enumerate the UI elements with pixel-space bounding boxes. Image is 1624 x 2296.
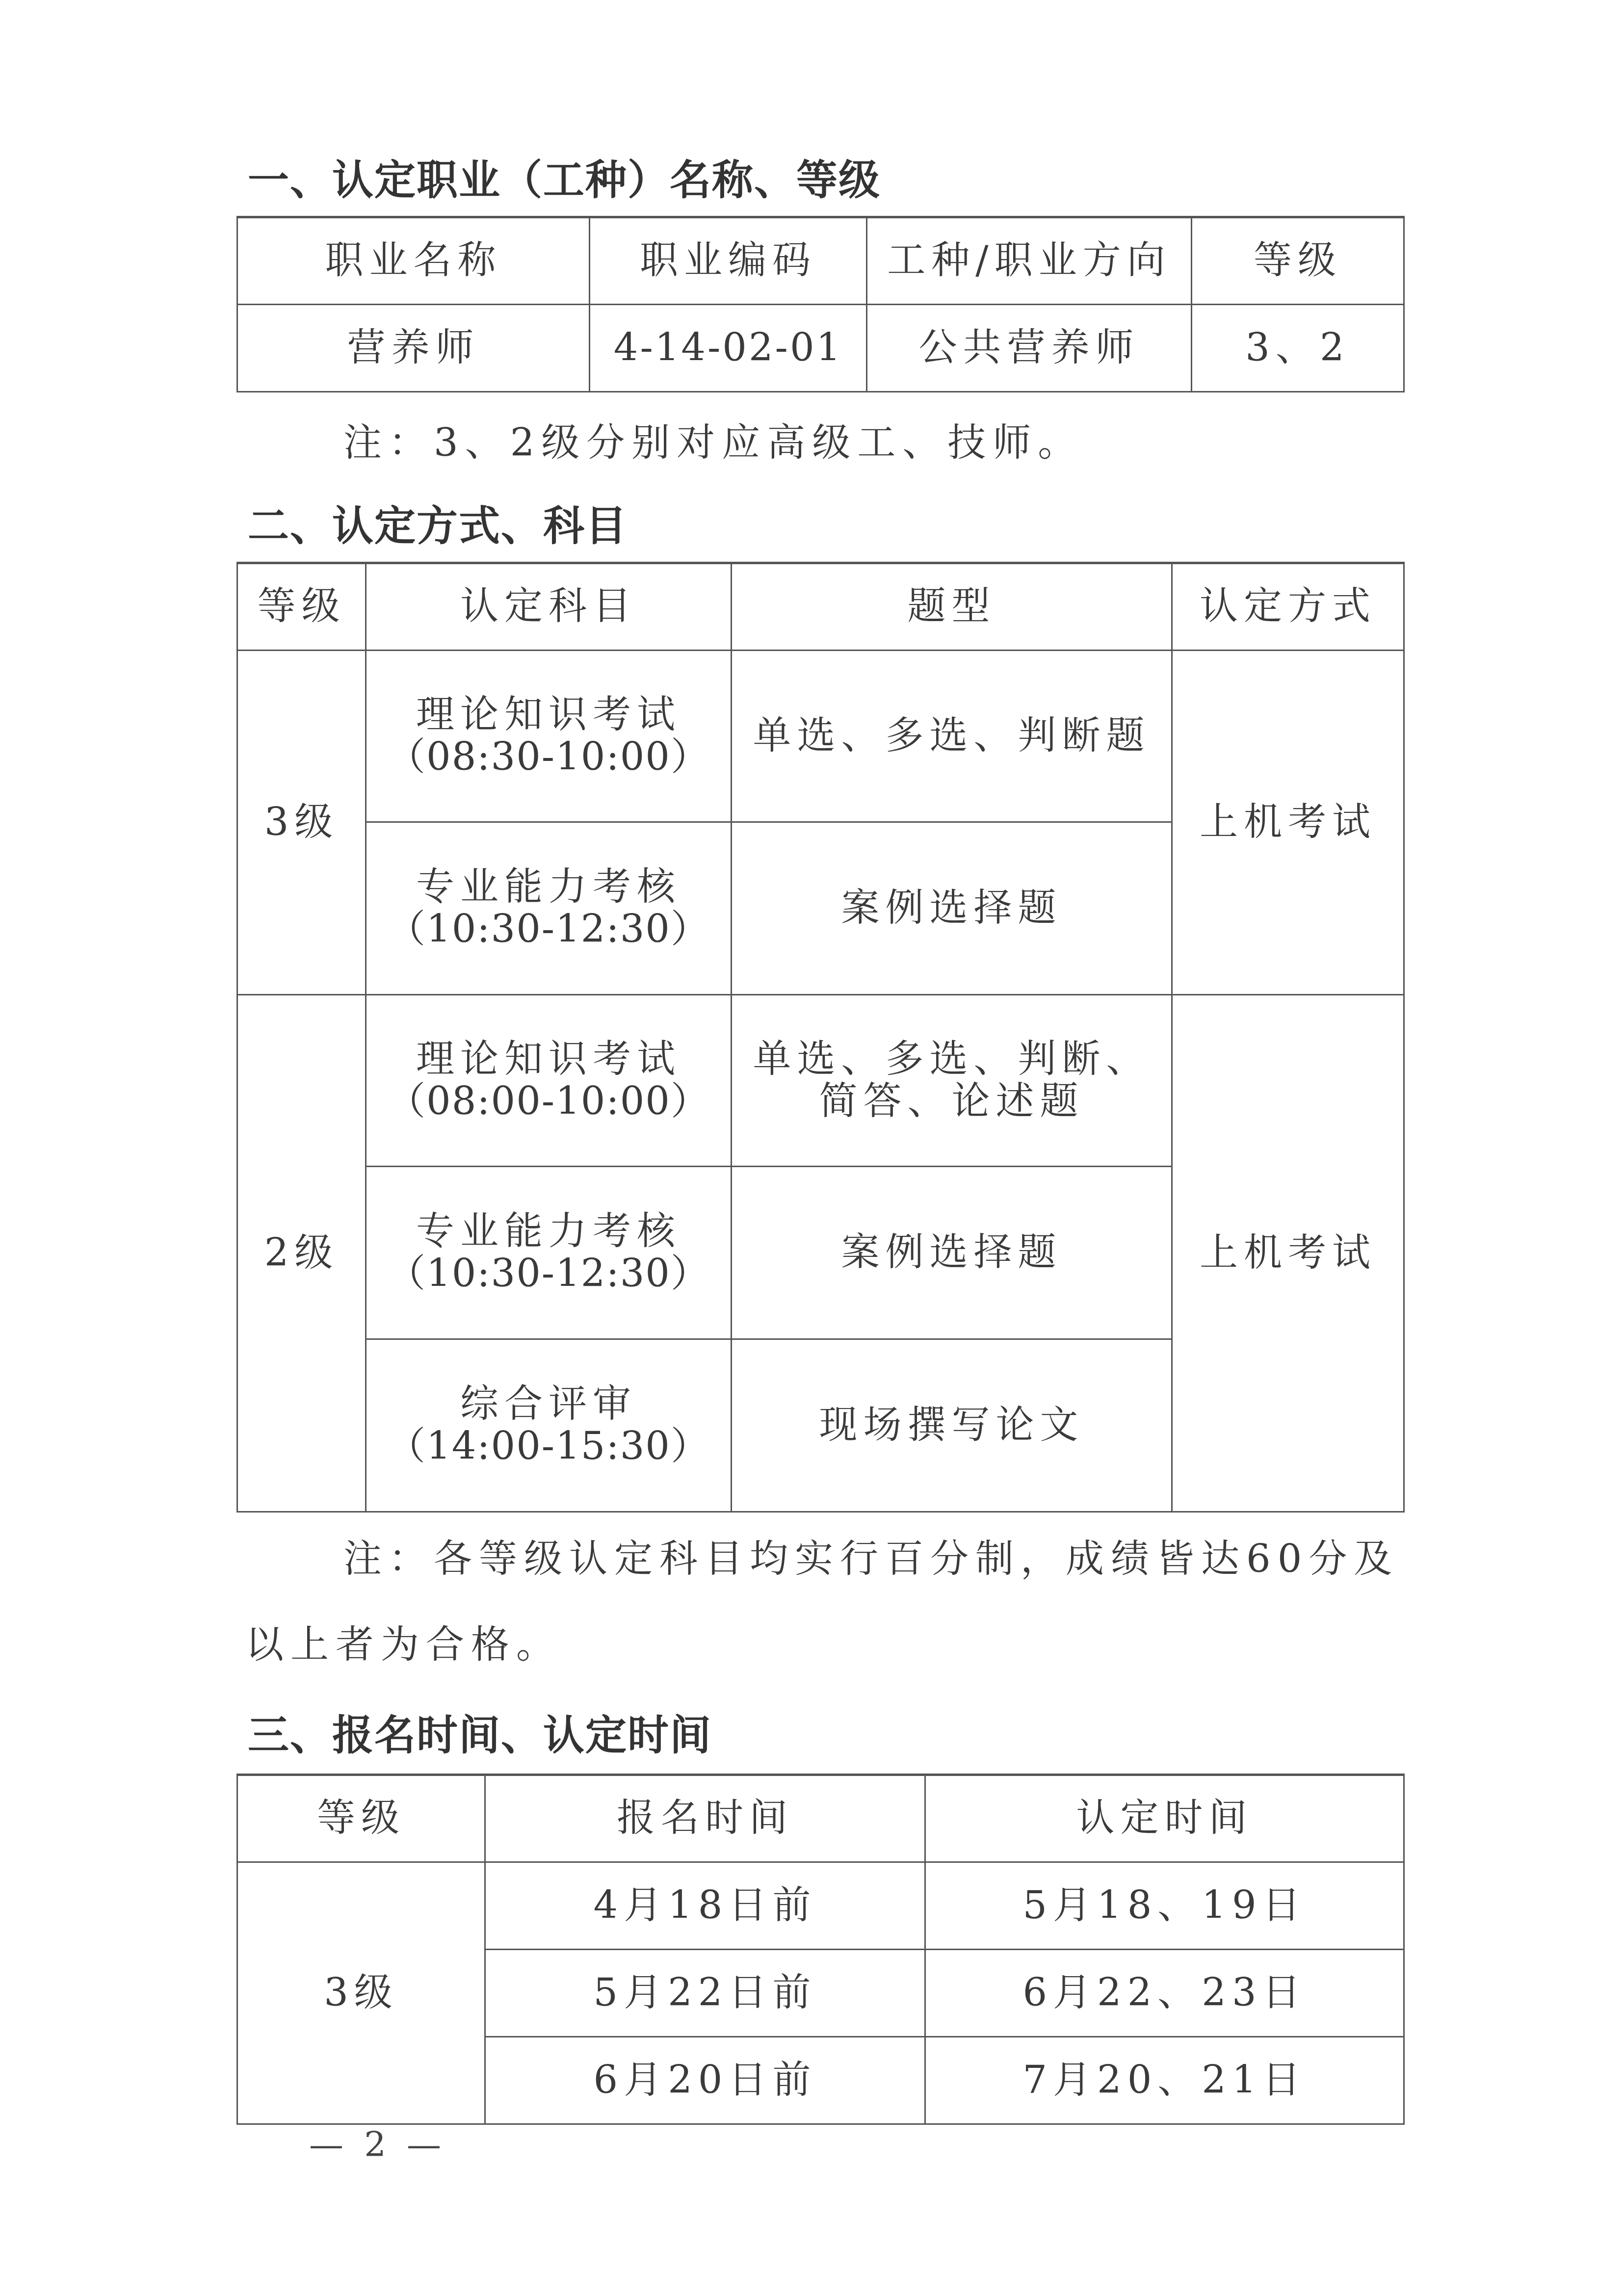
cell-question-type: 案例选择题 — [732, 822, 1172, 995]
header-level: 等级 — [1192, 217, 1404, 305]
schedule-table: 等级 报名时间 认定时间 3级 4月18日前 5月18、19日 5月22日前 6… — [236, 1774, 1405, 2125]
table-row: 营养师 4-14-02-01 公共营养师 3、2 — [237, 305, 1404, 392]
header-job-direction: 工种/职业方向 — [867, 217, 1192, 305]
occupation-table: 职业名称 职业编码 工种/职业方向 等级 营养师 4-14-02-01 公共营养… — [236, 216, 1405, 392]
cell-occupation-code: 4-14-02-01 — [590, 305, 867, 392]
assessment-method-table: 等级 认定科目 题型 认定方式 3级 理论知识考试 （08:30-10:00） … — [236, 562, 1405, 1513]
section-2-heading: 二、认定方式、科目 — [248, 493, 628, 552]
table-header-row: 职业名称 职业编码 工种/职业方向 等级 — [237, 217, 1404, 305]
cell-question-type: 案例选择题 — [732, 1167, 1172, 1339]
header-level: 等级 — [237, 563, 366, 651]
cell-subject: 理论知识考试 （08:30-10:00） — [366, 651, 732, 822]
subject-time: （10:30-12:30） — [387, 909, 710, 951]
section-3-heading: 三、报名时间、认定时间 — [248, 1702, 712, 1762]
subject-time: （08:30-10:00） — [387, 736, 710, 779]
cell-assessment-time: 6月22、23日 — [925, 1950, 1404, 2037]
section-1-note: 注：3、2级分别对应高级工、技师。 — [343, 412, 1083, 467]
cell-subject: 专业能力考核 （10:30-12:30） — [366, 1167, 732, 1339]
subject-time: （08:00-10:00） — [387, 1081, 710, 1123]
subject-name: 综合评审 — [460, 1383, 637, 1426]
cell-level-3: 3级 — [237, 651, 366, 995]
cell-subject: 综合评审 （14:00-15:30） — [366, 1339, 732, 1512]
table-header-row: 等级 认定科目 题型 认定方式 — [237, 563, 1404, 651]
page-number: — 2 — — [309, 2124, 446, 2165]
section-1-heading: 一、认定职业（工种）名称、等级 — [248, 147, 881, 207]
cell-registration-time: 4月18日前 — [485, 1862, 925, 1950]
section-2-note-line2: 以上者为合格。 — [245, 1614, 561, 1669]
subject-name: 理论知识考试 — [416, 1039, 681, 1081]
subject-name: 专业能力考核 — [416, 1211, 681, 1253]
table-row: 2级 理论知识考试 （08:00-10:00） 单选、多选、判断、 简答、论述题… — [237, 995, 1404, 1167]
header-method: 认定方式 — [1172, 563, 1404, 651]
subject-time: （14:00-15:30） — [387, 1426, 710, 1468]
cell-level: 3、2 — [1192, 305, 1404, 392]
header-question-type: 题型 — [732, 563, 1172, 651]
cell-subject: 理论知识考试 （08:00-10:00） — [366, 995, 732, 1167]
header-subject: 认定科目 — [366, 563, 732, 651]
cell-question-type: 单选、多选、判断题 — [732, 651, 1172, 822]
subject-name: 专业能力考核 — [416, 866, 681, 909]
section-2-note-line1: 注：各等级认定科目均实行百分制，成绩皆达60分及 — [343, 1528, 1399, 1583]
question-type-line1: 单选、多选、判断、 — [753, 1039, 1150, 1081]
cell-question-type: 现场撰写论文 — [732, 1339, 1172, 1512]
question-type-line2: 简答、论述题 — [819, 1081, 1084, 1123]
cell-occupation-name: 营养师 — [237, 305, 590, 392]
table-row: 3级 4月18日前 5月18、19日 — [237, 1862, 1404, 1950]
cell-subject: 专业能力考核 （10:30-12:30） — [366, 822, 732, 995]
header-assessment-time: 认定时间 — [925, 1775, 1404, 1862]
subject-time: （10:30-12:30） — [387, 1253, 710, 1295]
cell-method: 上机考试 — [1172, 995, 1404, 1512]
table-header-row: 等级 报名时间 认定时间 — [237, 1775, 1404, 1862]
header-registration-time: 报名时间 — [485, 1775, 925, 1862]
cell-question-type: 单选、多选、判断、 简答、论述题 — [732, 995, 1172, 1167]
header-occupation-code: 职业编码 — [590, 217, 867, 305]
cell-job-direction: 公共营养师 — [867, 305, 1192, 392]
cell-assessment-time: 7月20、21日 — [925, 2037, 1404, 2124]
header-occupation-name: 职业名称 — [237, 217, 590, 305]
cell-registration-time: 5月22日前 — [485, 1950, 925, 2037]
cell-assessment-time: 5月18、19日 — [925, 1862, 1404, 1950]
table-row: 3级 理论知识考试 （08:30-10:00） 单选、多选、判断题 上机考试 — [237, 651, 1404, 822]
cell-registration-time: 6月20日前 — [485, 2037, 925, 2124]
cell-method: 上机考试 — [1172, 651, 1404, 995]
cell-level-3: 3级 — [237, 1862, 485, 2124]
cell-level-2: 2级 — [237, 995, 366, 1512]
subject-name: 理论知识考试 — [416, 694, 681, 736]
header-level: 等级 — [237, 1775, 485, 1862]
